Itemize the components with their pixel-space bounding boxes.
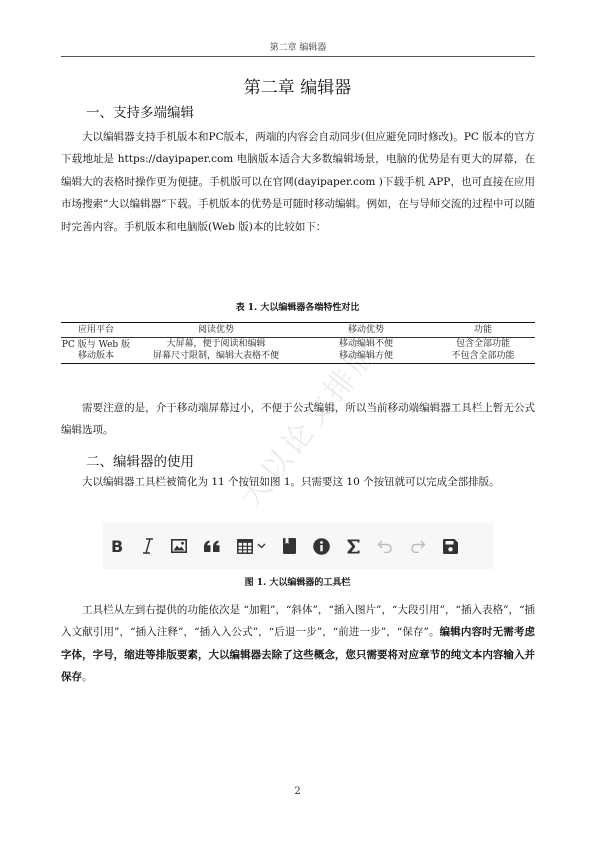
section-title-multi-platform: 一、支持多端编辑 xyxy=(86,103,194,123)
undo-icon[interactable] xyxy=(377,536,393,556)
editor-toolbar: B xyxy=(103,523,493,569)
paragraph-intro: 大以编辑器支持手机版本和PC版本，两端的内容会自动同步(但应避免同时修改)。PC… xyxy=(61,126,535,238)
table-cell: 包含全部功能 xyxy=(431,338,535,352)
table-header-row: 应用平台 阅读优势 移动优势 功能 xyxy=(61,323,535,338)
running-header: 第二章 编辑器 xyxy=(61,40,535,57)
svg-text:B: B xyxy=(111,538,123,554)
sigma-icon[interactable] xyxy=(347,536,360,556)
column-header-mobility: 移动优势 xyxy=(301,323,431,338)
redo-icon[interactable] xyxy=(410,536,426,556)
table-cell: 大屏幕，便于阅读和编辑 xyxy=(131,338,301,352)
section-title-usage: 二、编辑器的使用 xyxy=(86,452,194,472)
paragraph-text: 大以编辑器支持手机版本和PC版本，两端的内容会自动同步(但应避免同时修改)。PC… xyxy=(61,126,535,238)
paragraph-toolbar-intro: 大以编辑器工具栏被简化为 11 个按钮如图 1。只需要这 10 个按钮就可以完成… xyxy=(61,471,535,493)
table-cell: 屏幕尺寸限制，编辑大表格不便 xyxy=(131,351,301,364)
paragraph-text: 大以编辑器工具栏被简化为 11 个按钮如图 1。只需要这 10 个按钮就可以完成… xyxy=(61,471,535,493)
column-header-reading: 阅读优势 xyxy=(131,323,301,338)
italic-icon[interactable] xyxy=(142,536,154,556)
column-header-platform: 应用平台 xyxy=(61,323,131,338)
table-icon[interactable] xyxy=(237,536,253,556)
column-header-features: 功能 xyxy=(431,323,535,338)
info-icon[interactable] xyxy=(313,536,330,556)
paragraph-note: 需要注意的是，介于移动端屏幕过小，不便于公式编辑，所以当前移动端编辑器工具栏上暂… xyxy=(61,397,535,442)
paragraph-text: 需要注意的是，介于移动端屏幕过小，不便于公式编辑，所以当前移动端编辑器工具栏上暂… xyxy=(61,397,535,442)
table-cell: 移动编辑方便 xyxy=(301,351,431,364)
table-cell: PC 版与 Web 版 xyxy=(61,338,131,352)
page-number: 2 xyxy=(0,786,595,797)
table-cell: 移动版本 xyxy=(61,351,131,364)
book-icon[interactable] xyxy=(283,536,296,556)
save-icon[interactable] xyxy=(443,536,458,556)
table-row: PC 版与 Web 版 大屏幕，便于阅读和编辑 移动编辑不便 包含全部功能 xyxy=(61,338,535,352)
image-icon[interactable] xyxy=(171,536,187,556)
table-row: 移动版本 屏幕尺寸限制，编辑大表格不便 移动编辑方便 不包含全部功能 xyxy=(61,351,535,364)
chapter-title: 第二章 编辑器 xyxy=(0,76,595,100)
paragraph-text-end: 。 xyxy=(82,671,93,683)
comparison-table: 应用平台 阅读优势 移动优势 功能 PC 版与 Web 版 大屏幕，便于阅读和编… xyxy=(61,322,535,364)
table-cell: 不包含全部功能 xyxy=(431,351,535,364)
paragraph-text: 工具栏从左到右提供的功能依次是 “加粗”，“斜体”，“插入图片”，“大段引用”，… xyxy=(61,599,535,689)
chevron-down-icon[interactable] xyxy=(257,536,266,556)
paragraph-toolbar-functions: 工具栏从左到右提供的功能依次是 “加粗”，“斜体”，“插入图片”，“大段引用”，… xyxy=(61,599,535,689)
figure-caption: 图 1. 大以编辑器的工具栏 xyxy=(0,576,595,590)
quote-icon[interactable] xyxy=(204,536,220,556)
table-cell: 移动编辑不便 xyxy=(301,338,431,352)
table-caption: 表 1. 大以编辑器各端特性对比 xyxy=(0,301,595,315)
bold-icon[interactable]: B xyxy=(111,536,125,556)
